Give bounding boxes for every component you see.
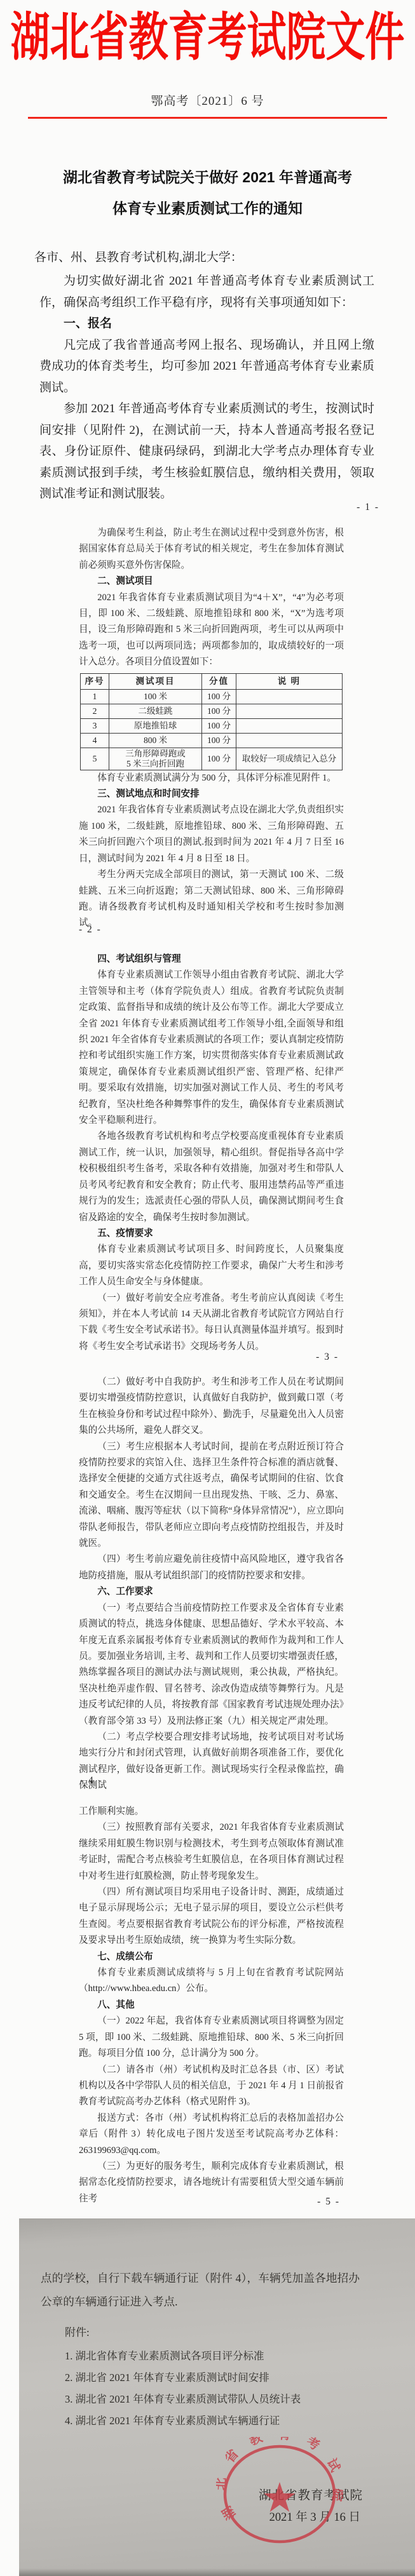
notice-title: 湖北省教育考试院关于做好 2021 年普通高考 体育专业素质测试工作的通知	[0, 162, 415, 224]
paragraph: 七、成绩公布	[79, 1949, 344, 1965]
paragraph: （三）按照教育部有关要求，2021 年我省体育专业素质测试继续采用虹膜生物识别与…	[79, 1820, 344, 1884]
col-header-no: 序号	[81, 673, 109, 689]
attachment-item: 4. 湖北省 2021 年体育专业素质测试车辆通行证	[65, 2410, 301, 2432]
cell-score: 100 分	[202, 718, 236, 733]
page-4: （二）做好考中自我防护。考生和涉考工作人员在考试期间要切实增强疫情防控意识，认真…	[0, 1365, 415, 1778]
notice-title-line2: 体育专业素质测试工作的通知	[0, 193, 415, 224]
paragraph: 各地各级教育考试机构和考点学校要高度重视体育专业素质测试工作，统一认识，加强领导…	[79, 1129, 344, 1225]
paragraph: 六、工作要求	[79, 1584, 344, 1600]
attachment-list: 1. 湖北省体育专业素质测试各项目评分标准2. 湖北省 2021 年体育专业素质…	[65, 2345, 301, 2432]
doc-number: 鄂高考〔2021〕6 号	[0, 91, 415, 109]
paragraph: 凡完成了我省普通高考网上报名、现场确认，并且网上缴费成功的体育类考生，均可参加 …	[39, 335, 374, 399]
page-1: 湖北省教育考试院文件 鄂高考〔2021〕6 号 湖北省教育考试院关于做好 202…	[0, 0, 415, 518]
table-row: 1 100 米 100 分	[81, 689, 343, 704]
page3-body: 四、考试组织与管理体育专业素质测试工作领导小组由省教育考试院、湖北大学主管领导和…	[0, 951, 415, 1355]
attachments-label: 附件:	[65, 2323, 90, 2339]
paragraph: （四）所有测试项目均采用电子设备计时、测距，成绩通过电子显示屏现场公示；无电子显…	[79, 1884, 344, 1949]
page4-body: （二）做好考中自我防护。考生和涉考工作人员在考试期间要切实增强疫情防控意识，认真…	[0, 1374, 415, 1794]
table-row: 3 原地推铅球 100 分	[81, 718, 343, 733]
cell-no: 4	[81, 733, 109, 748]
cell-note	[236, 718, 343, 733]
paragraph: 体育专业素质测试成绩将与 5 月上旬在省教育考试院网站（http://www.h…	[79, 1965, 344, 1997]
paragraph: 体育专业素质测试满分为 500 分，具体评分标准见附件 1。	[79, 770, 344, 786]
cell-no: 2	[81, 704, 109, 718]
paragraph: （三）为更好的服务考生，顺利完成体育专业素质测试，根据常态化疫情防控要求，请各地…	[79, 2159, 344, 2207]
page-3: 四、考试组织与管理体育专业素质测试工作领导小组由省教育考试院、湖北大学主管领导和…	[0, 934, 415, 1365]
page1-body: 为切实做好湖北省 2021 年普通高考体育专业素质测试工作，确保高考组织工作平稳…	[0, 271, 415, 505]
col-header-note: 说 明	[236, 673, 343, 689]
issuer-signature: 湖北省教育考试院	[259, 2485, 363, 2503]
paragraph: （二）请各市（州）考试机构及时汇总各县（市、区）考试机构以及各中学带队人员的相关…	[79, 2062, 344, 2110]
paragraph: （一）考点要结合当前疫情防控工作要求及全省体育专业素质测试的特点，挑选身体健康、…	[79, 1600, 344, 1729]
paragraph: 五、疫情要求	[79, 1226, 344, 1242]
paragraph: 参加 2021 年普通高考体育专业素质测试的考生，按测试时间安排（见附件 2)，…	[39, 398, 374, 505]
scanned-document: 湖北省教育考试院文件 鄂高考〔2021〕6 号 湖北省教育考试院关于做好 202…	[0, 0, 415, 2576]
paragraph: 二、测试项目	[79, 574, 344, 589]
attachment-item: 3. 湖北省 2021 年体育专业素质测试带队人员统计表	[65, 2389, 301, 2410]
cell-score: 100 分	[202, 704, 236, 718]
cell-note	[236, 733, 343, 748]
score-table: 序号 测试项目 分值 说 明 1 100 米 100 分	[80, 673, 343, 770]
page-2: 为确保考生利益，防止考生在测试过程中受到意外伤害，根据国家体育总局关于体育考试的…	[0, 518, 415, 934]
page-marker-3: - 3 -	[316, 1352, 339, 1363]
paragraph: （一）做好考前安全应考准备。考生考前应认真阅读《考生须知》，并在本人考试前 14…	[79, 1291, 344, 1355]
page-marker-1: - 1 -	[357, 502, 379, 513]
issue-date: 2021 年 3 月 16 日	[269, 2508, 360, 2525]
cell-no: 5	[81, 748, 109, 770]
red-divider	[28, 117, 387, 119]
page-5: 工作顺利实施。（三）按照教育部有关要求，2021 年我省体育专业素质测试继续采用…	[0, 1778, 415, 2217]
paragraph: （一）2022 年起，我省体育专业素质测试项目将调整为固定 5 项，即 100 …	[79, 2013, 344, 2062]
page-marker-5: - 5 -	[317, 2196, 340, 2208]
paragraph: 一、报名	[39, 313, 374, 335]
cell-item: 原地推铅球	[109, 718, 202, 733]
attachment-item: 2. 湖北省 2021 年体育专业素质测试时间安排	[65, 2367, 301, 2389]
letterhead-title: 湖北省教育考试院文件	[10, 9, 404, 67]
attachment-item: 1. 湖北省体育专业素质测试各项目评分标准	[65, 2345, 301, 2367]
paragraph: 三、测试地点和时间安排	[79, 786, 344, 802]
cell-item: 100 米	[109, 689, 202, 704]
table-row: 2 二级蛙跳 100 分	[81, 704, 343, 718]
cell-no: 1	[81, 689, 109, 704]
cell-score: 100 分	[202, 689, 236, 704]
paragraph: （二）做好考中自我防护。考生和涉考工作人员在考试期间要切实增强疫情防控意识，认真…	[79, 1374, 344, 1439]
page2-body-after-table: 体育专业素质测试满分为 500 分，具体评分标准见附件 1。三、测试地点和时间安…	[0, 770, 415, 932]
paragraph: 为切实做好湖北省 2021 年普通高考体育专业素质测试工作，确保高考组织工作平稳…	[39, 271, 374, 313]
red-letterhead: 湖北省教育考试院文件	[0, 9, 415, 72]
cell-note: 取较好一项成绩记入总分	[236, 748, 343, 770]
paragraph: 考生分两天完成全部项目的测试，第一天测试 100 米、二级蛙跳、五米三向折返跑；…	[79, 867, 344, 932]
page2-table-wrap: 序号 测试项目 分值 说 明 1 100 米 100 分	[0, 673, 415, 770]
cell-note	[236, 689, 343, 704]
paragraph: 点的学校，自行下载车辆通行证（附件 4），车辆凭加盖各地招办公章的车辆通行证进入…	[41, 2267, 360, 2314]
salutation: 各市、州、县教育考试机构,湖北大学：	[0, 247, 415, 268]
paragraph: 报送方式：各市（州）考试机构将汇总后的表格加盖招办公章后（附件 3）转化成电子图…	[79, 2110, 344, 2159]
page-6-photo: 点的学校，自行下载车辆通行证（附件 4），车辆凭加盖各地招办公章的车辆通行证进入…	[0, 2217, 415, 2576]
page5-body: 工作顺利实施。（三）按照教育部有关要求，2021 年我省体育专业素质测试继续采用…	[0, 1804, 415, 2207]
paragraph: 体育专业素质测试工作领导小组由省教育考试院、湖北大学主管领导和主考（体育学院负责…	[79, 967, 344, 1129]
page2-body-before-table: 为确保考生利益，防止考生在测试过程中受到意外伤害，根据国家体育总局关于体育考试的…	[0, 525, 415, 671]
paragraph: 2021 年我省体育专业素质测试考点设在湖北大学,负责组织实施 100 米，二级…	[79, 802, 344, 867]
photo-scan-area: 点的学校，自行下载车辆通行证（附件 4），车辆凭加盖各地招办公章的车辆通行证进入…	[19, 2218, 415, 2576]
paragraph: 八、其他	[79, 1997, 344, 2013]
paragraph: 四、考试组织与管理	[79, 951, 344, 967]
table-row: 4 800 米 100 分	[81, 733, 343, 748]
page-marker-2: - 2 -	[79, 924, 102, 936]
page-marker-4: - 4 -	[80, 1775, 103, 1787]
cell-item: 800 米	[109, 733, 202, 748]
col-header-score: 分值	[202, 673, 236, 689]
paragraph: 为确保考生利益，防止考生在测试过程中受到意外伤害，根据国家体育总局关于体育考试的…	[79, 525, 344, 574]
table-row: 5 三角形障碍跑或 5 米三向折回跑 100 分 取较好一项成绩记入总分	[81, 748, 343, 770]
cell-item: 三角形障碍跑或 5 米三向折回跑	[109, 748, 202, 770]
cell-note	[236, 704, 343, 718]
table-header-row: 序号 测试项目 分值 说 明	[81, 673, 343, 689]
notice-title-line1: 湖北省教育考试院关于做好 2021 年普通高考	[0, 162, 415, 193]
col-header-item: 测试项目	[109, 673, 202, 689]
paragraph: 2021 年我省体育专业素质测试项目为“4＋X”，“4”为必考项目，即 100 …	[79, 590, 344, 671]
paragraph: （三）考生应根据本人考试时间，提前在考点附近预订符合疫情防控要求的宾馆入住、选择…	[79, 1439, 344, 1552]
paragraph: 工作顺利实施。	[79, 1804, 344, 1820]
paragraph: （四）考生考前应避免前往疫情中高风险地区，遵守我省各地防疫措施，服从考试组织部门…	[79, 1552, 344, 1584]
paragraph: 体育专业素质测试考试项目多、时间跨度长，人员聚集度高，要切实落实常态化疫情防控工…	[79, 1242, 344, 1290]
cell-no: 3	[81, 718, 109, 733]
cell-item: 二级蛙跳	[109, 704, 202, 718]
cell-score: 100 分	[202, 748, 236, 770]
cell-score: 100 分	[202, 733, 236, 748]
